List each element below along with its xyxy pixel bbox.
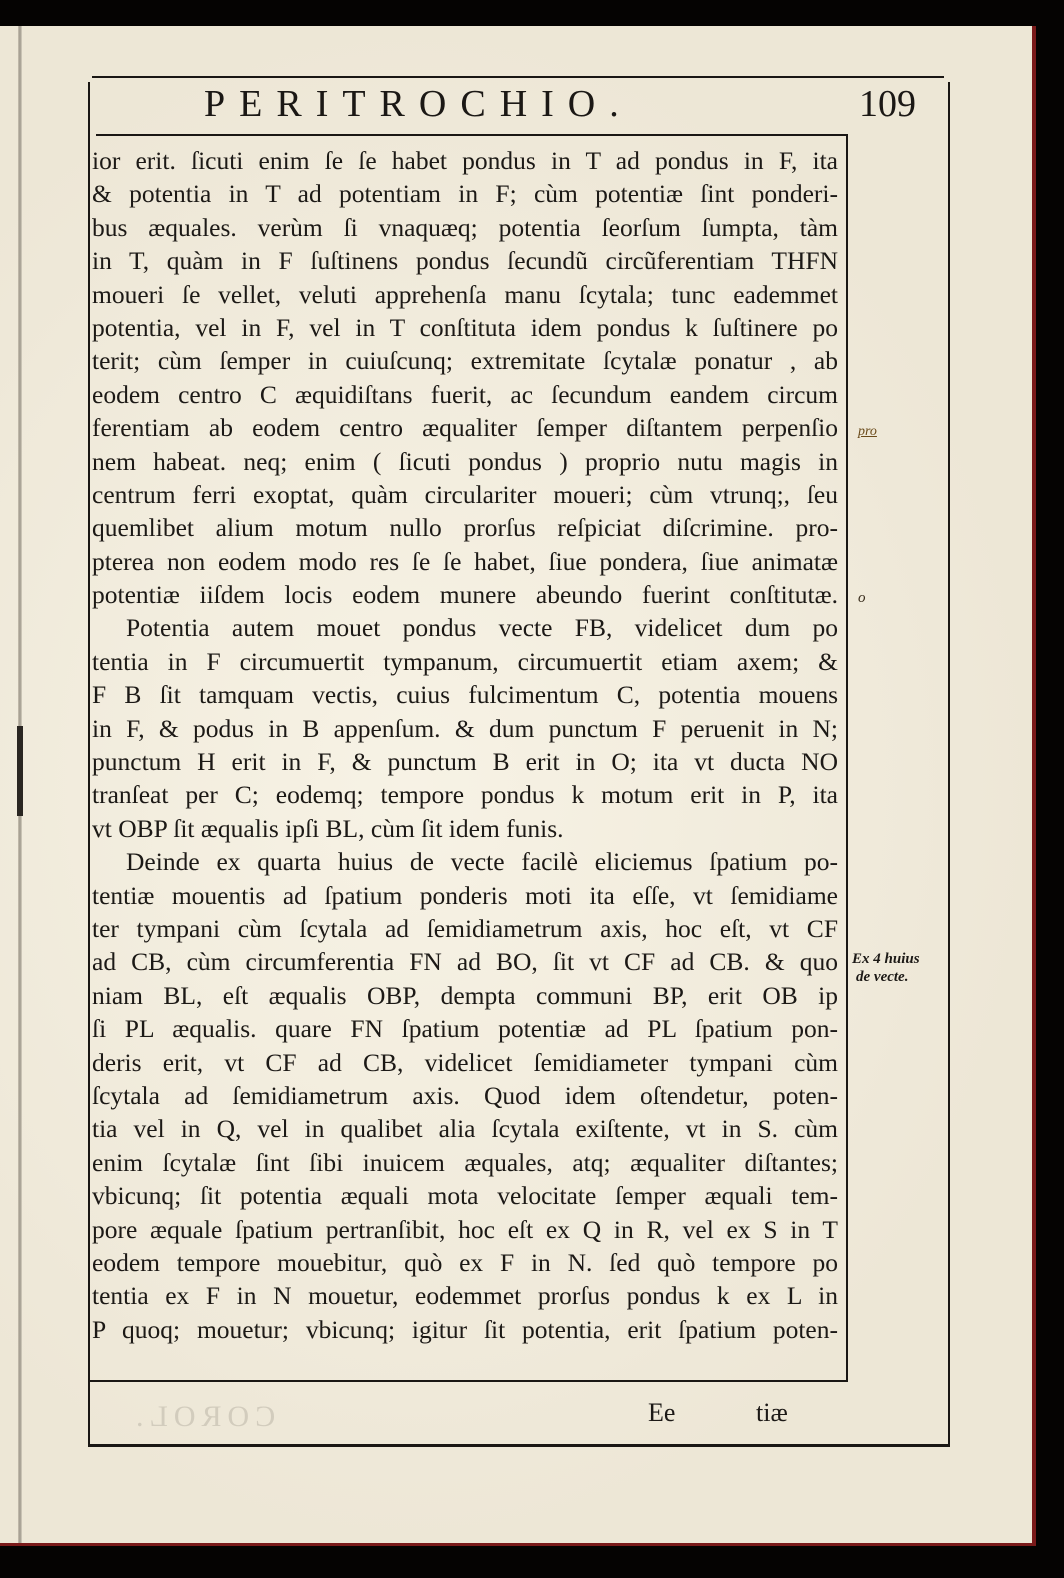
show-through-text: COROL.	[130, 1400, 275, 1434]
text-line: punctum H erit in F, & punctum B erit in…	[92, 745, 838, 778]
text-line: potentia, vel in F, vel in T conſtituta …	[92, 311, 838, 344]
text-line: centrum ferri exoptat, quàm circulariter…	[92, 478, 838, 511]
text-line: tranſeat per C; eodemq; tempore pondus k…	[92, 778, 838, 811]
text-line: bus æquales. verùm ſi vnaquæq; potentia …	[92, 211, 838, 244]
text-line: eodem centro C æquidiſtans fuerit, ac ſe…	[92, 378, 838, 411]
text-line: tia vel in Q, vel in qualibet alia ſcyta…	[92, 1112, 838, 1145]
text-line: tentiæ mouentis ad ſpatium ponderis moti…	[92, 879, 838, 912]
bottom-rule	[88, 1444, 950, 1447]
text-column-right-line	[846, 136, 848, 1380]
gutter-mark	[17, 726, 23, 816]
book-page: PERITROCHIO. 109 ior erit. ſicuti enim ſ…	[0, 26, 1036, 1546]
left-frame-line	[88, 82, 90, 1446]
text-line: niam BL, eſt æqualis OBP, dempta communi…	[92, 979, 838, 1012]
text-line: & potentia in T ad potentiam in F; cùm p…	[92, 177, 838, 210]
footer-top-rule	[88, 1380, 848, 1382]
text-line: ad CB, cùm circumferentia FN ad BO, ſit …	[92, 945, 838, 978]
text-line: in T, quàm in F ſuſtinens pondus ſecundũ…	[92, 244, 838, 277]
paragraph-start-line: Deinde ex quarta huius de vecte facilè e…	[92, 845, 838, 878]
catchword: tiæ	[756, 1398, 788, 1428]
text-line: ter tympani cùm ſcytala ad ſemidiametrum…	[92, 912, 838, 945]
text-line: terit; cùm ſemper in cuiuſcunq; extremit…	[92, 344, 838, 377]
text-line: ferentiam ab eodem centro æqualiter ſemp…	[92, 411, 838, 444]
handwritten-margin-note-o: o	[858, 590, 866, 607]
text-line: moueri ſe vellet, veluti apprehenſa manu…	[92, 278, 838, 311]
page-header: PERITROCHIO. 109	[96, 78, 936, 126]
text-line: quemlibet alium motum nullo prorſus reſp…	[92, 511, 838, 544]
margin-reference-line: de vecte.	[852, 968, 920, 986]
running-title: PERITROCHIO.	[204, 82, 633, 126]
text-line: P quoq; mouetur; vbicunq; igitur ſit pot…	[92, 1313, 838, 1346]
body-text: ior erit. ſicuti enim ſe ſe habet pondus…	[92, 144, 838, 1346]
text-line: ior erit. ſicuti enim ſe ſe habet pondus…	[92, 144, 838, 177]
page-footer: COROL. Ee tiæ	[80, 1392, 940, 1440]
text-line: tentia in F circumuertit tympanum, circu…	[92, 645, 838, 678]
right-outer-frame-line	[948, 82, 950, 1446]
text-line: ſi PL æqualis. quare FN ſpatium potentiæ…	[92, 1012, 838, 1045]
text-line: pterea non eodem modo res ſe ſe habet, ſ…	[92, 545, 838, 578]
paragraph-start-line: Potentia autem mouet pondus vecte FB, vi…	[92, 611, 838, 644]
text-line: in F, & podus in B appenſum. & dum punct…	[92, 712, 838, 745]
text-line: tentia ex F in N mouetur, eodemmet prorſ…	[92, 1279, 838, 1312]
text-line: vbicunq; ſit potentia æquali mota veloci…	[92, 1179, 838, 1212]
paragraph-end-line: vt OBP ſit æqualis ipſi BL, cùm ſit idem…	[92, 812, 838, 845]
text-line: enim ſcytalæ ſint ſibi inuicem æquales, …	[92, 1146, 838, 1179]
margin-reference-line: Ex 4 huius	[852, 950, 920, 968]
text-line: pore æquale ſpatium pertranſibit, hoc eſ…	[92, 1213, 838, 1246]
handwritten-margin-note-pro: pro	[858, 424, 877, 440]
text-line: ſcytala ad ſemidiametrum axis. Quod idem…	[92, 1079, 838, 1112]
signature-mark: Ee	[648, 1398, 675, 1428]
header-rule	[96, 134, 848, 136]
text-line: eodem tempore mouebitur, quò ex F in N. …	[92, 1246, 838, 1279]
text-line: potentiæ iiſdem locis eodem munere abeun…	[92, 578, 838, 611]
margin-reference-note: Ex 4 huius de vecte.	[852, 950, 920, 986]
text-line: nem habeat. neq; enim ( ſicuti pondus ) …	[92, 445, 838, 478]
text-line: F B ſit tamquam vectis, cuius fulcimentu…	[92, 678, 838, 711]
text-line: deris erit, vt CF ad CB, videlicet ſemid…	[92, 1046, 838, 1079]
page-number: 109	[859, 82, 916, 126]
